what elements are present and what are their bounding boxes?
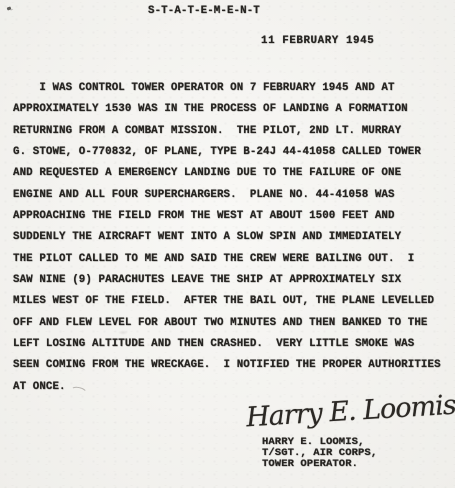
body-line: APPROACHING THE FIELD FROM THE WEST AT A… <box>13 206 441 227</box>
body-line: OFF AND FLEW LEVEL FOR ABOUT TWO MINUTES… <box>13 313 441 334</box>
statement-body: I WAS CONTROL TOWER OPERATOR ON 7 FEBRUA… <box>13 78 441 398</box>
body-line: G. STOWE, O-770832, OF PLANE, TYPE B-24J… <box>13 142 441 163</box>
body-line: SEEN COMING FROM THE WRECKAGE. I NOTIFIE… <box>13 355 441 376</box>
body-line: LEFT LOSING ALTITUDE AND THEN CRASHED. V… <box>13 334 441 355</box>
body-line: THE PILOT CALLED TO ME AND SAID THE CREW… <box>13 249 441 270</box>
document-title: S-T-A-T-E-M-E-N-T <box>148 4 260 18</box>
body-line: AND REQUESTED A EMERGENCY LANDING DUE TO… <box>13 163 441 184</box>
body-line: RETURNING FROM A COMBAT MISSION. THE PIL… <box>13 121 441 142</box>
document-date: 11 FEBRUARY 1945 <box>261 34 374 48</box>
statement-document: S-T-A-T-E-M-E-N-T 11 FEBRUARY 1945 I WAS… <box>0 0 455 488</box>
body-line: SAW NINE (9) PARACHUTES LEAVE THE SHIP A… <box>13 270 441 291</box>
signer-role: TOWER OPERATOR. <box>262 459 377 470</box>
body-line: ENGINE AND ALL FOUR SUPERCHARGERS. PLANE… <box>13 185 441 206</box>
body-line: SUDDENLY THE AIRCRAFT WENT INTO A SLOW S… <box>13 227 441 248</box>
body-line: MILES WEST OF THE FIELD. AFTER THE BAIL … <box>13 291 441 312</box>
signature-block: HARRY E. LOOMIS, T/SGT., AIR CORPS, TOWE… <box>262 437 377 470</box>
body-line: I WAS CONTROL TOWER OPERATOR ON 7 FEBRUA… <box>13 78 441 99</box>
scan-artifact <box>7 6 12 10</box>
body-line: APPROXIMATELY 1530 WAS IN THE PROCESS OF… <box>13 99 441 120</box>
